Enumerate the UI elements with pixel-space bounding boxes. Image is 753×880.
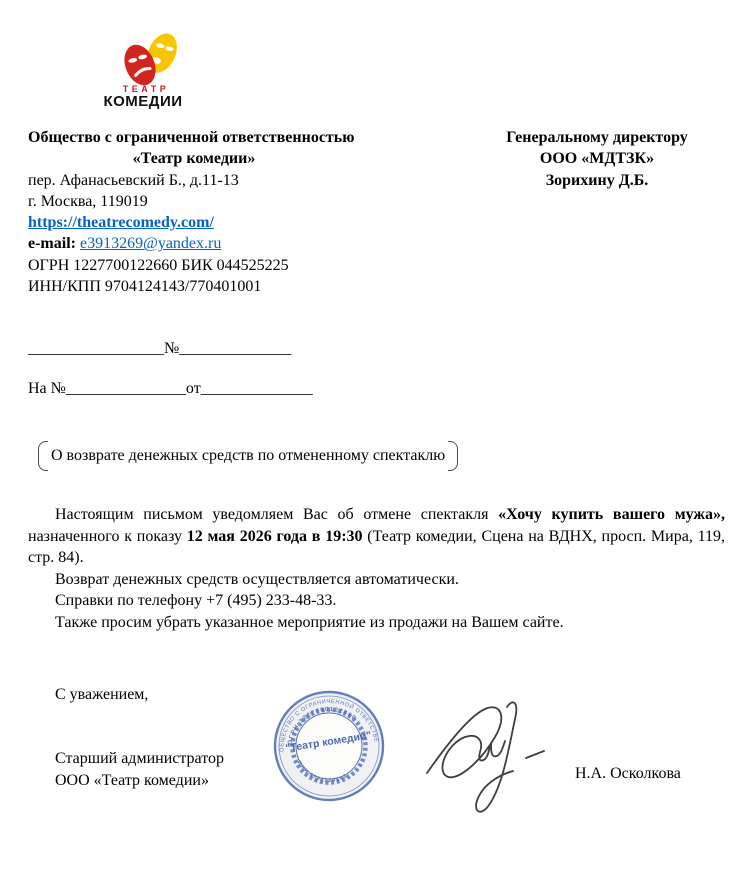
recipient-title: Генеральному директору [497,127,697,148]
signer-name: Н.А. Осколкова [575,765,681,783]
subject-bracket-left [38,441,48,471]
body-paragraph-2: Возврат денежных средств осуществляется … [28,569,725,591]
recipient-company: ООО «МДТЗК» [497,148,697,169]
sender-ogrn-bik: ОГРН 1227700122660 БИК 044525225 [28,255,360,276]
logo-brand-line2: КОМЕДИИ [97,93,189,110]
subject-text: О возврате денежных средств по отмененно… [51,447,445,465]
body-p1-mid: назначенного к показу [28,528,187,545]
sender-address-city: г. Москва, 119019 [28,191,360,212]
subject-bracket-right [448,441,458,471]
subject-line: О возврате денежных средств по отмененно… [38,441,458,471]
incoming-number-line: На №_______________от______________ [28,380,313,398]
outgoing-number-line: _________________№______________ [28,340,291,358]
body-paragraph-3: Справки по телефону +7 (495) 233-48-33. [28,590,725,612]
body-p1-lead: Настоящим письмом уведомляем Вас об отме… [55,506,498,523]
company-seal-stamp: ОБЩЕСТВО С ОГРАНИЧЕННОЙ ОТВЕТСТВЕННОСТЬЮ… [272,689,386,803]
sender-block: Общество с ограниченной ответственностью… [28,127,360,297]
sender-org-name: Общество с ограниченной ответственностью [28,127,360,148]
signer-position-line2: ООО «Театр комедии» [55,770,224,792]
email-label: e-mail: [28,235,80,252]
body-p1-date-time: 12 мая 2026 года в 19:30 [187,528,363,545]
letter-body: Настоящим письмом уведомляем Вас об отме… [28,504,725,634]
recipient-block: Генеральному директору ООО «МДТЗК» Зорих… [497,127,697,191]
sender-inn-kpp: ИНН/КПП 9704124143/770401001 [28,276,360,297]
handwritten-signature [423,695,558,820]
signer-position-line1: Старший администратор [55,748,224,770]
recipient-person: Зорихину Д.Б. [497,170,697,191]
body-paragraph-4: Также просим убрать указанное мероприяти… [28,612,725,634]
body-paragraph-1: Настоящим письмом уведомляем Вас об отме… [28,504,725,569]
closing-regards: С уважением, [55,686,148,704]
body-p1-show-title: «Хочу купить вашего мужа», [498,506,725,523]
sender-address-street: пер. Афанасьевский Б., д.11-13 [28,170,360,191]
sender-org-name-2: «Театр комедии» [28,148,360,169]
sender-email-link[interactable]: e3913269@yandex.ru [80,235,221,252]
signer-position-block: Старший администратор ООО «Театр комедии… [55,748,224,791]
sender-website-link[interactable]: https://theatrecomedy.com/ [28,214,214,231]
theater-masks-logo [114,27,190,89]
letter-page: ТЕАТР КОМЕДИИ Общество с ограниченной от… [0,0,753,880]
